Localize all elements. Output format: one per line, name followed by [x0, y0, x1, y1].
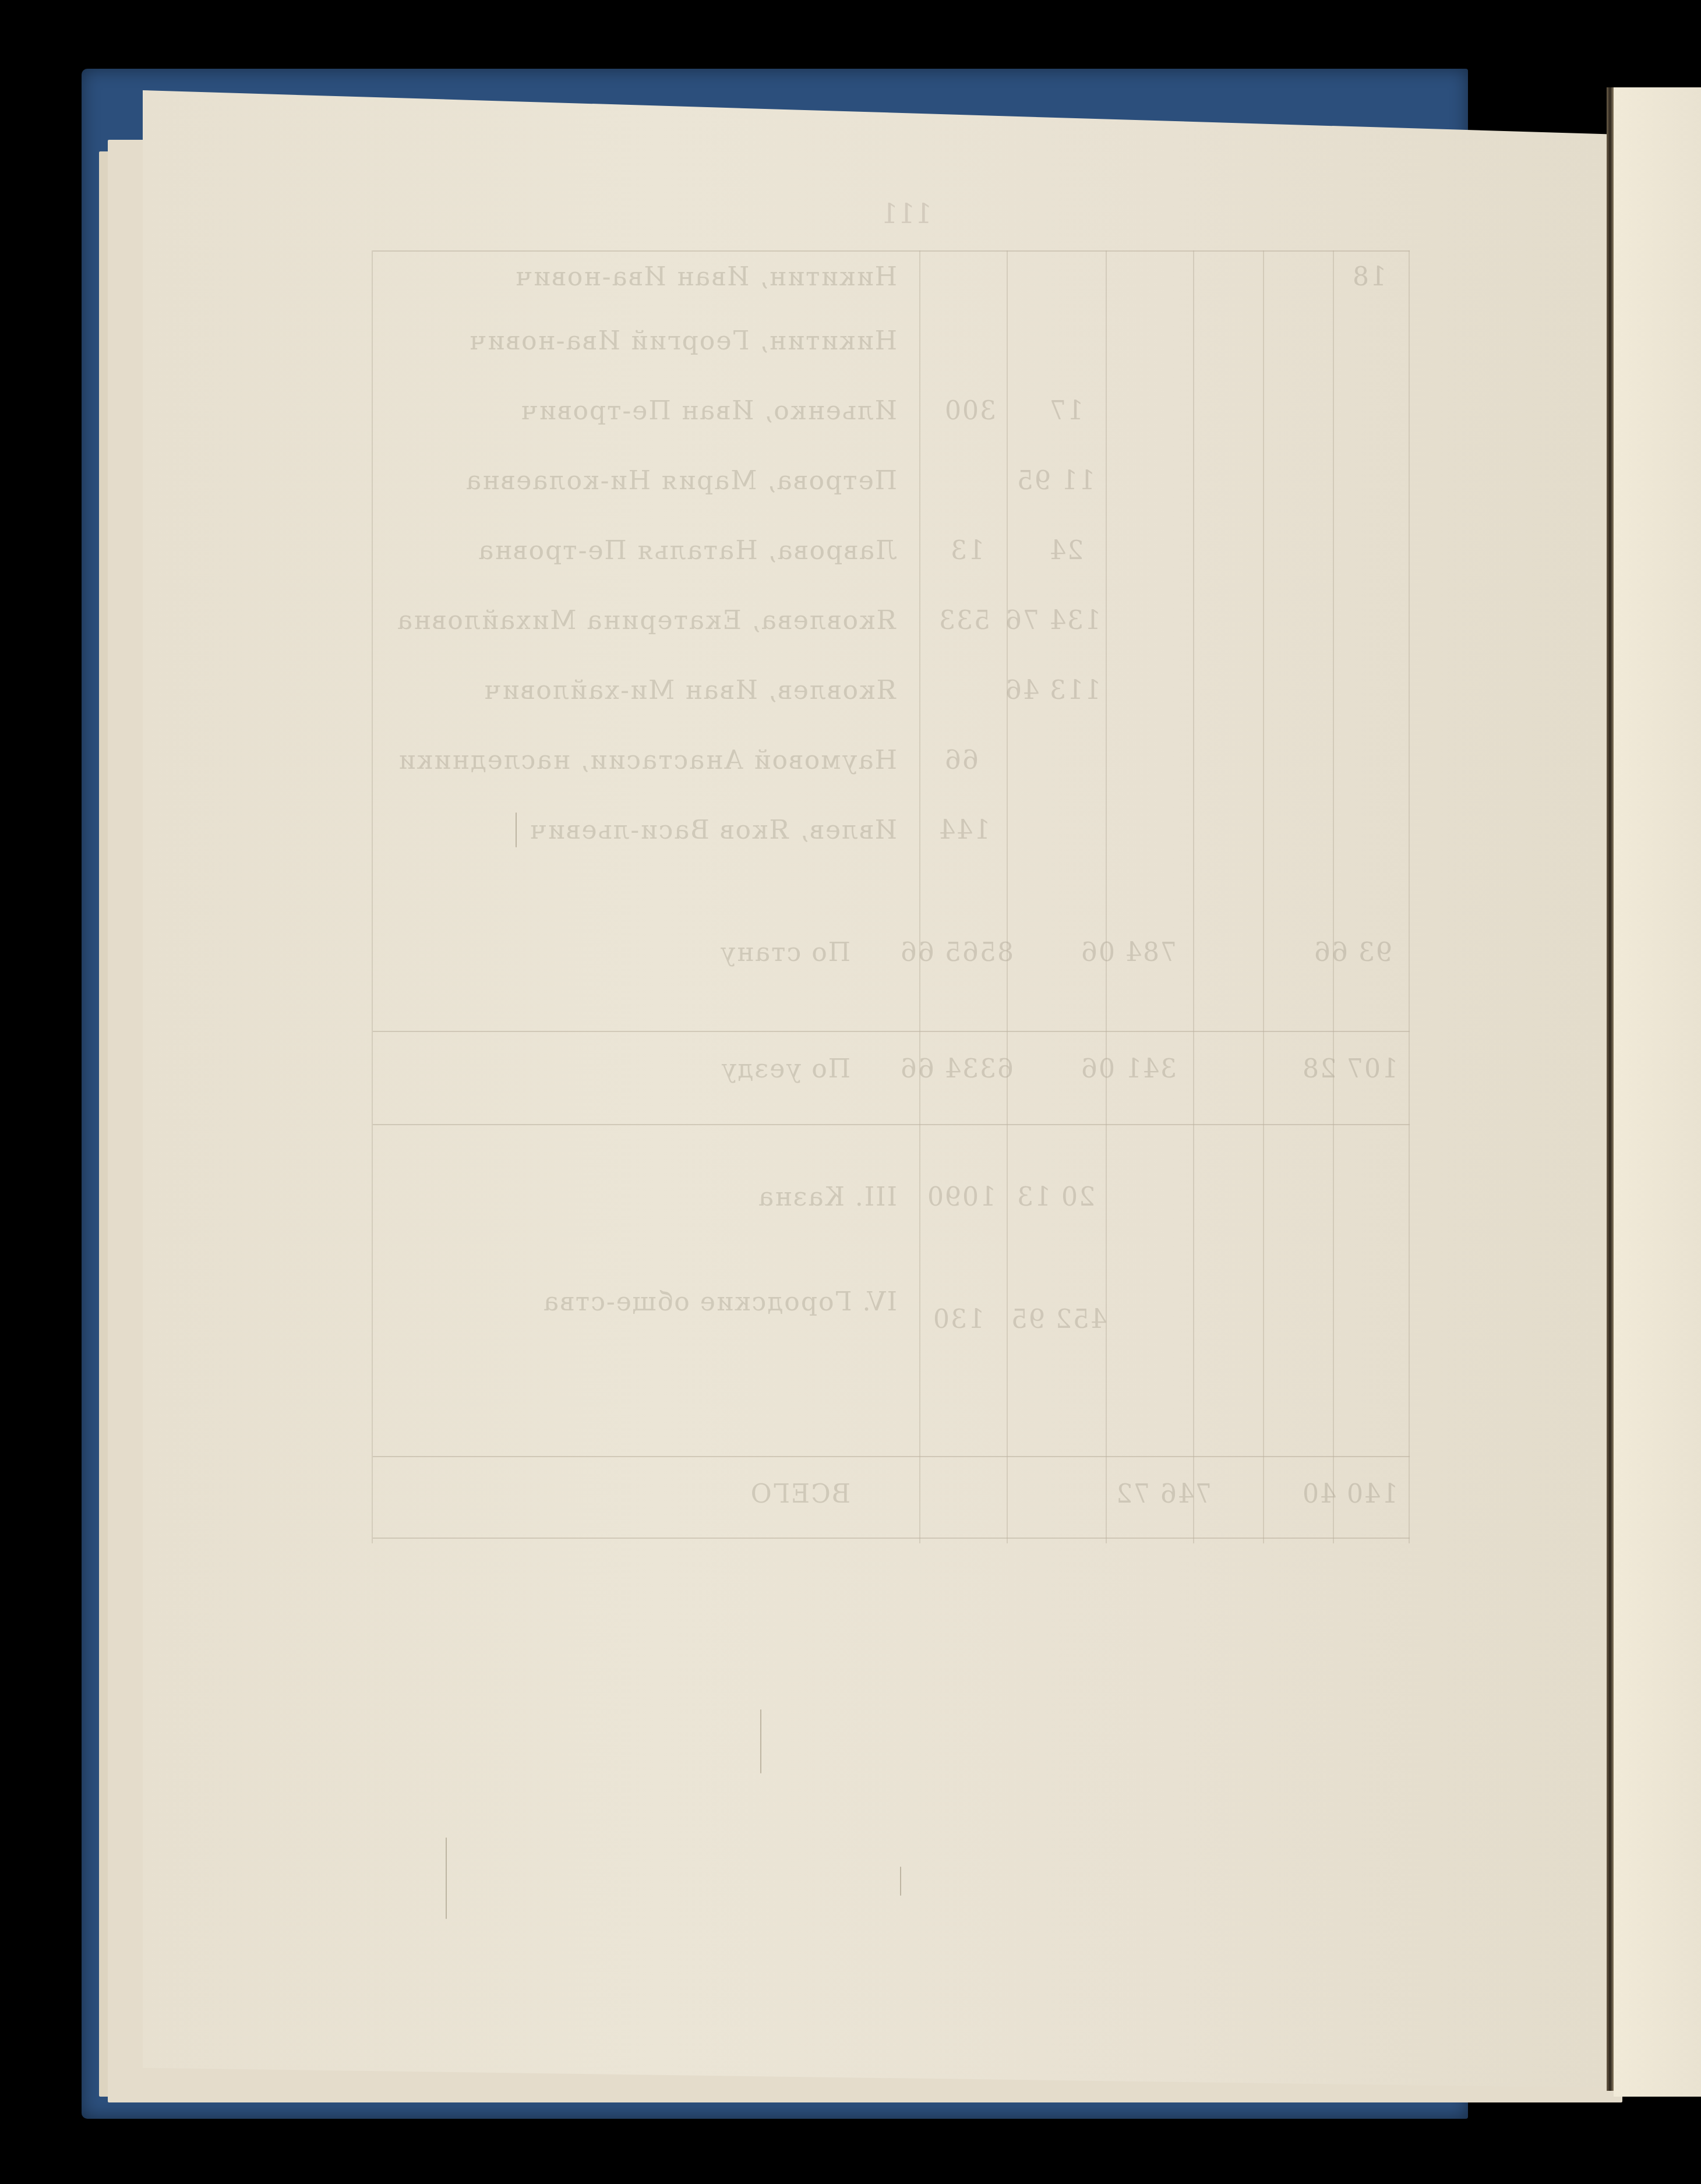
- table-rule: [1333, 250, 1334, 1543]
- scan-canvas: 111 Никитин, Иван Ива-нович Никитин, Гео…: [0, 0, 1701, 2184]
- row-label: Яковлева, Екатерина Михайловна: [396, 606, 897, 635]
- cell-value: 18: [1351, 262, 1386, 292]
- row-label: Наумовой Анастасии, наследники: [397, 745, 897, 775]
- table-rule: [1193, 250, 1194, 1543]
- table-rule: [1409, 250, 1410, 1543]
- show-through-page-number: 111: [881, 198, 932, 229]
- row-label: ВСЕГО: [750, 1479, 850, 1509]
- cell-value: 300: [944, 396, 996, 426]
- row-label: По стану: [719, 938, 850, 967]
- facing-recto-page: [1614, 87, 1701, 2097]
- row-label: Никитин, Георгий Ива-нович: [468, 326, 897, 356]
- cell-value: 17: [1049, 396, 1084, 426]
- paper-fiber: [760, 1709, 761, 1773]
- cell-value: 20 13: [1016, 1182, 1095, 1212]
- cell-value: 533: [938, 606, 990, 635]
- cell-value: 130: [932, 1305, 984, 1334]
- row-label: IV. Городские обще-ства: [542, 1287, 897, 1317]
- cell-value: 452 95: [1010, 1305, 1107, 1334]
- cell-value: 746 72: [1115, 1479, 1212, 1509]
- paper-fiber: [900, 1867, 901, 1896]
- cell-value: 6334 66: [899, 1054, 1014, 1084]
- cell-value: 11 95: [1016, 466, 1095, 496]
- table-rule: [1007, 250, 1008, 1543]
- cell-value: 113 46: [1004, 676, 1101, 705]
- table-rule: [1106, 250, 1107, 1543]
- cell-value: 93 66: [1313, 938, 1392, 967]
- table-rule: [373, 1456, 1410, 1457]
- table-rule: [373, 250, 1410, 252]
- cell-value: 784 06: [1080, 938, 1177, 967]
- row-label: Ильенко, Иван Пе-трович: [520, 396, 897, 426]
- table-rule: [372, 250, 373, 1543]
- table-rule: [1263, 250, 1264, 1543]
- cell-value: 144: [938, 815, 990, 845]
- cell-value: 8565 66: [899, 938, 1014, 967]
- mirrored-table-show-through: 111 Никитин, Иван Ива-нович Никитин, Гео…: [373, 250, 1410, 1543]
- cell-value: 341 06: [1080, 1054, 1177, 1084]
- row-label: По уезду: [720, 1054, 850, 1084]
- row-label: Петрова, Мария Ни-колаевна: [465, 466, 897, 496]
- cell-value: 13: [950, 536, 984, 566]
- cell-value: 66: [944, 745, 979, 775]
- table-rule: [373, 1538, 1410, 1539]
- cell-value: 24: [1049, 536, 1084, 566]
- row-label: Никитин, Иван Ива-нович: [514, 262, 897, 292]
- paper-fiber: [446, 1837, 447, 1919]
- row-label: Лаврова, Наталья Пе-тровна: [477, 536, 897, 566]
- table-rule: [373, 1031, 1410, 1032]
- row-label: Ивлев, Яков Васи-льевич: [528, 815, 897, 845]
- table-rule: [919, 250, 920, 1543]
- cell-value: 140 40: [1301, 1479, 1398, 1509]
- cell-value: 107 28: [1301, 1054, 1398, 1084]
- cell-value: 1090: [926, 1182, 996, 1212]
- row-label: Яковлев, Иван Ми-хайлович: [483, 676, 897, 705]
- cell-value: 134 76: [1004, 606, 1101, 635]
- row-label: III. Казна: [757, 1182, 897, 1212]
- book-gutter: [1607, 87, 1614, 2091]
- table-rule: [373, 1124, 1410, 1125]
